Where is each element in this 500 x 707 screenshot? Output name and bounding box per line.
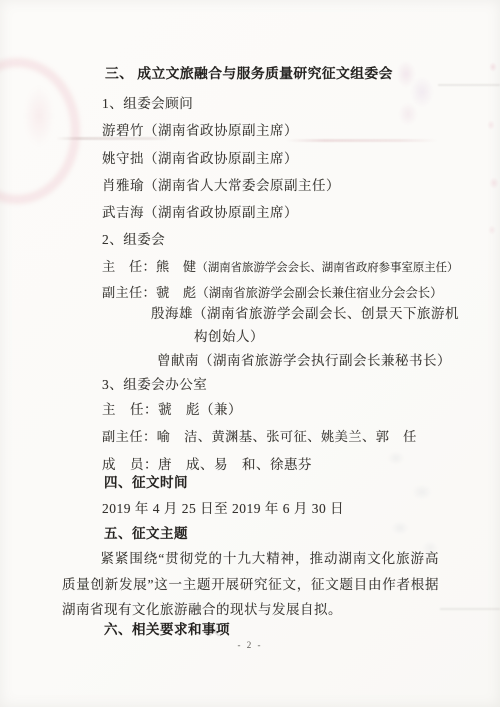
office-label: 3、组委会办公室 <box>102 375 207 394</box>
advisor-item: 肖雅瑜（湖南省人大常委会原副主任） <box>102 176 340 195</box>
red-seal-smudge <box>24 86 54 146</box>
committee-chair-line: 主 任：熊 健（湖南省旅游学会会长、湖南省政府参事室原主任） <box>102 257 458 276</box>
section-5-heading: 五、征文主题 <box>104 524 188 543</box>
committee-vicechair2-line: 殷海雄（湖南省旅游学会副会长、创景天下旅游机 <box>151 304 459 323</box>
committee-chair-note: （湖南省旅游学会会长、湖南省政府参事室原主任） <box>196 262 458 274</box>
section-3-heading: 三、 成立文旅融合与服务质量研究征文组委会 <box>105 64 393 83</box>
scanned-document-page: 三、 成立文旅融合与服务质量研究征文组委会 1、组委会顾问 游碧竹（湖南省政协原… <box>0 0 500 707</box>
red-specks-right-edge <box>486 55 500 245</box>
scan-streak <box>438 84 500 86</box>
advisors-label: 1、组委会顾问 <box>102 94 193 113</box>
advisor-item: 姚守拙（湖南省政协原副主席） <box>102 149 298 168</box>
advisor-item: 武吉海（湖南省政协原副主席） <box>102 203 298 222</box>
office-chair-line: 主 任：虢 彪（兼） <box>102 400 242 419</box>
section-6-heading: 六、相关要求和事项 <box>104 620 230 639</box>
committee-vicechair3-line: 曾献南（湖南省旅游学会执行副会长兼秘书长） <box>157 351 451 370</box>
committee-label: 2、组委会 <box>102 230 165 249</box>
advisor-item: 游碧竹（湖南省政协原副主席） <box>102 121 298 140</box>
committee-vicechair-note: （湖南省旅游学会副会长兼住宿业分会会长） <box>196 286 442 300</box>
committee-chair-role: 主 任：熊 健 <box>102 259 196 274</box>
committee-vicechair-line: 副主任：虢 彪（湖南省旅游学会副会长兼住宿业分会会长） <box>102 283 442 302</box>
red-seal-fragment <box>0 58 80 204</box>
scan-streak <box>286 139 438 142</box>
ink-bleedthrough-smudge <box>398 62 434 128</box>
page-number: - 2 - <box>0 639 500 651</box>
committee-vicechair2-continuation: 构创始人） <box>194 327 264 346</box>
essay-date-range: 2019 年 4 月 25 日至 2019 年 6 月 30 日 <box>102 499 344 518</box>
section-4-heading: 四、征文时间 <box>104 473 188 492</box>
essay-theme-paragraph: 紧紧围绕“贯彻党的十九大精神，推动湖南文化旅游高质量创新发展”这一主题开展研究征… <box>62 546 439 623</box>
committee-vicechair-role: 副主任：虢 彪 <box>102 285 196 300</box>
office-vicechair-line: 副主任：喻 洁、黄渊基、张可征、姚美兰、郭 任 <box>102 427 417 446</box>
office-members-line: 成 员：唐 成、易 和、徐惠芬 <box>102 455 312 474</box>
scan-streak <box>440 608 500 610</box>
ghost-bleedthrough-text <box>382 440 452 560</box>
